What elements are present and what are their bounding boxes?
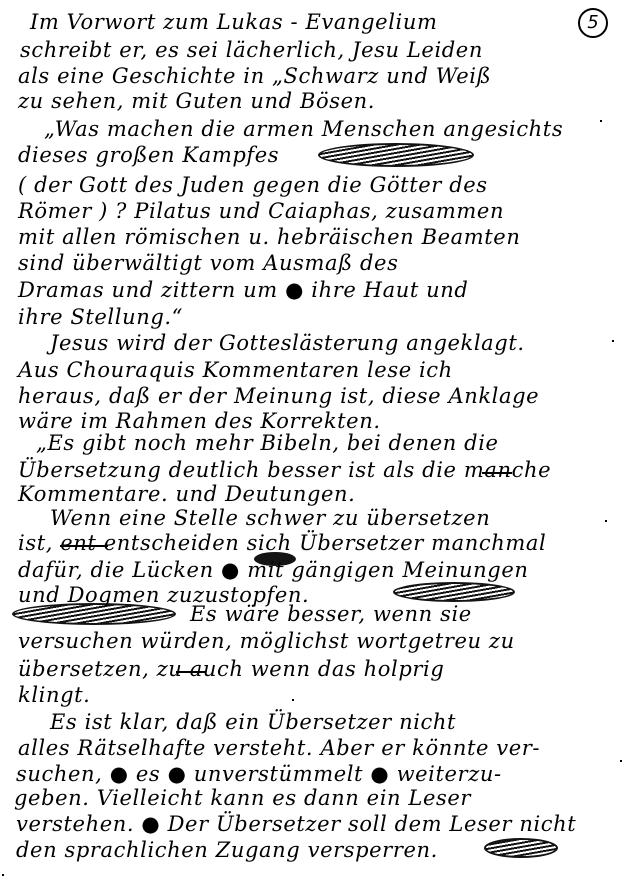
scan-speck: [292, 699, 294, 701]
text-line: geben. Vielleicht kann es dann ein Leser: [14, 788, 471, 809]
text-line: zu sehen, mit Guten und Bösen.: [18, 91, 375, 112]
scan-speck: [612, 340, 614, 342]
text-line: ist, ent entscheiden sich Übersetzer man…: [18, 533, 546, 554]
text-line: schreibt er, es sei lächerlich, Jesu Lei…: [20, 40, 483, 61]
text-line: verstehen. ● Der Übersetzer soll dem Les…: [16, 814, 576, 835]
text-line: heraus, daß er der Meinung ist, diese An…: [18, 386, 539, 407]
text-line: „Es gibt noch mehr Bibeln, bei denen die: [36, 433, 499, 454]
text-line: Dramas und zittern um ● ihre Haut und: [18, 280, 468, 301]
text-line: mit allen römischen u. hebräischen Beamt…: [18, 227, 520, 248]
crossed-out-scribble: [12, 603, 176, 625]
text-line: Im Vorwort zum Lukas - Evangelium: [30, 12, 437, 33]
scan-speck: [2, 874, 4, 876]
scan-speck: [605, 520, 607, 522]
text-line: Kommentare. und Deutungen.: [18, 484, 355, 505]
text-line: Römer ) ? Pilatus und Caiaphas, zusammen: [18, 201, 504, 222]
crossed-out-scribble: [484, 838, 558, 858]
text-line: Übersetzung deutlich besser ist als die …: [18, 460, 551, 481]
text-line: ( der Gott des Juden gegen die Götter de…: [18, 175, 488, 196]
text-line: den sprachlichen Zugang versperren.: [16, 840, 438, 861]
text-line: Es ist klar, daß ein Übersetzer nicht: [50, 712, 456, 733]
text-line: Wenn eine Stelle schwer zu übersetzen: [50, 508, 490, 529]
text-line: als eine Geschichte in „Schwarz und Weiß: [18, 66, 491, 87]
text-line: sind überwältigt vom Ausmaß des: [18, 253, 398, 274]
text-line: dieses großen Kampfes: [18, 145, 279, 166]
text-line: versuchen würden, möglichst wortgetreu z…: [18, 631, 515, 652]
strikethrough-mark: [60, 545, 108, 547]
crossed-out-scribble: [254, 552, 296, 566]
scan-speck: [620, 760, 622, 762]
text-line: übersetzen, zu auch wenn das holprig: [18, 659, 444, 680]
strikethrough-mark: [482, 472, 512, 474]
text-line: klingt.: [18, 685, 90, 706]
text-line: Es wäre besser, wenn sie: [190, 604, 472, 625]
crossed-out-scribble: [393, 582, 515, 602]
page-number-badge: 5: [578, 8, 608, 38]
text-line: alles Rätselhafte versteht. Aber er könn…: [18, 738, 540, 759]
text-line: Aus Chouraquis Kommentaren lese ich: [18, 360, 453, 381]
manuscript-page: 5 Im Vorwort zum Lukas - Evangelium schr…: [0, 0, 638, 877]
scan-speck: [600, 120, 602, 122]
crossed-out-scribble: [318, 143, 474, 167]
text-line: „Was machen die armen Menschen angesicht…: [44, 119, 563, 140]
text-line: Jesus wird der Gotteslästerung angeklagt…: [50, 333, 525, 354]
text-line: ihre Stellung.“: [18, 307, 183, 328]
strikethrough-mark: [176, 671, 206, 673]
text-line: suchen, ● es ● unverstümmelt ● weiterzu-: [16, 764, 502, 785]
text-line: wäre im Rahmen des Korrekten.: [18, 411, 381, 432]
